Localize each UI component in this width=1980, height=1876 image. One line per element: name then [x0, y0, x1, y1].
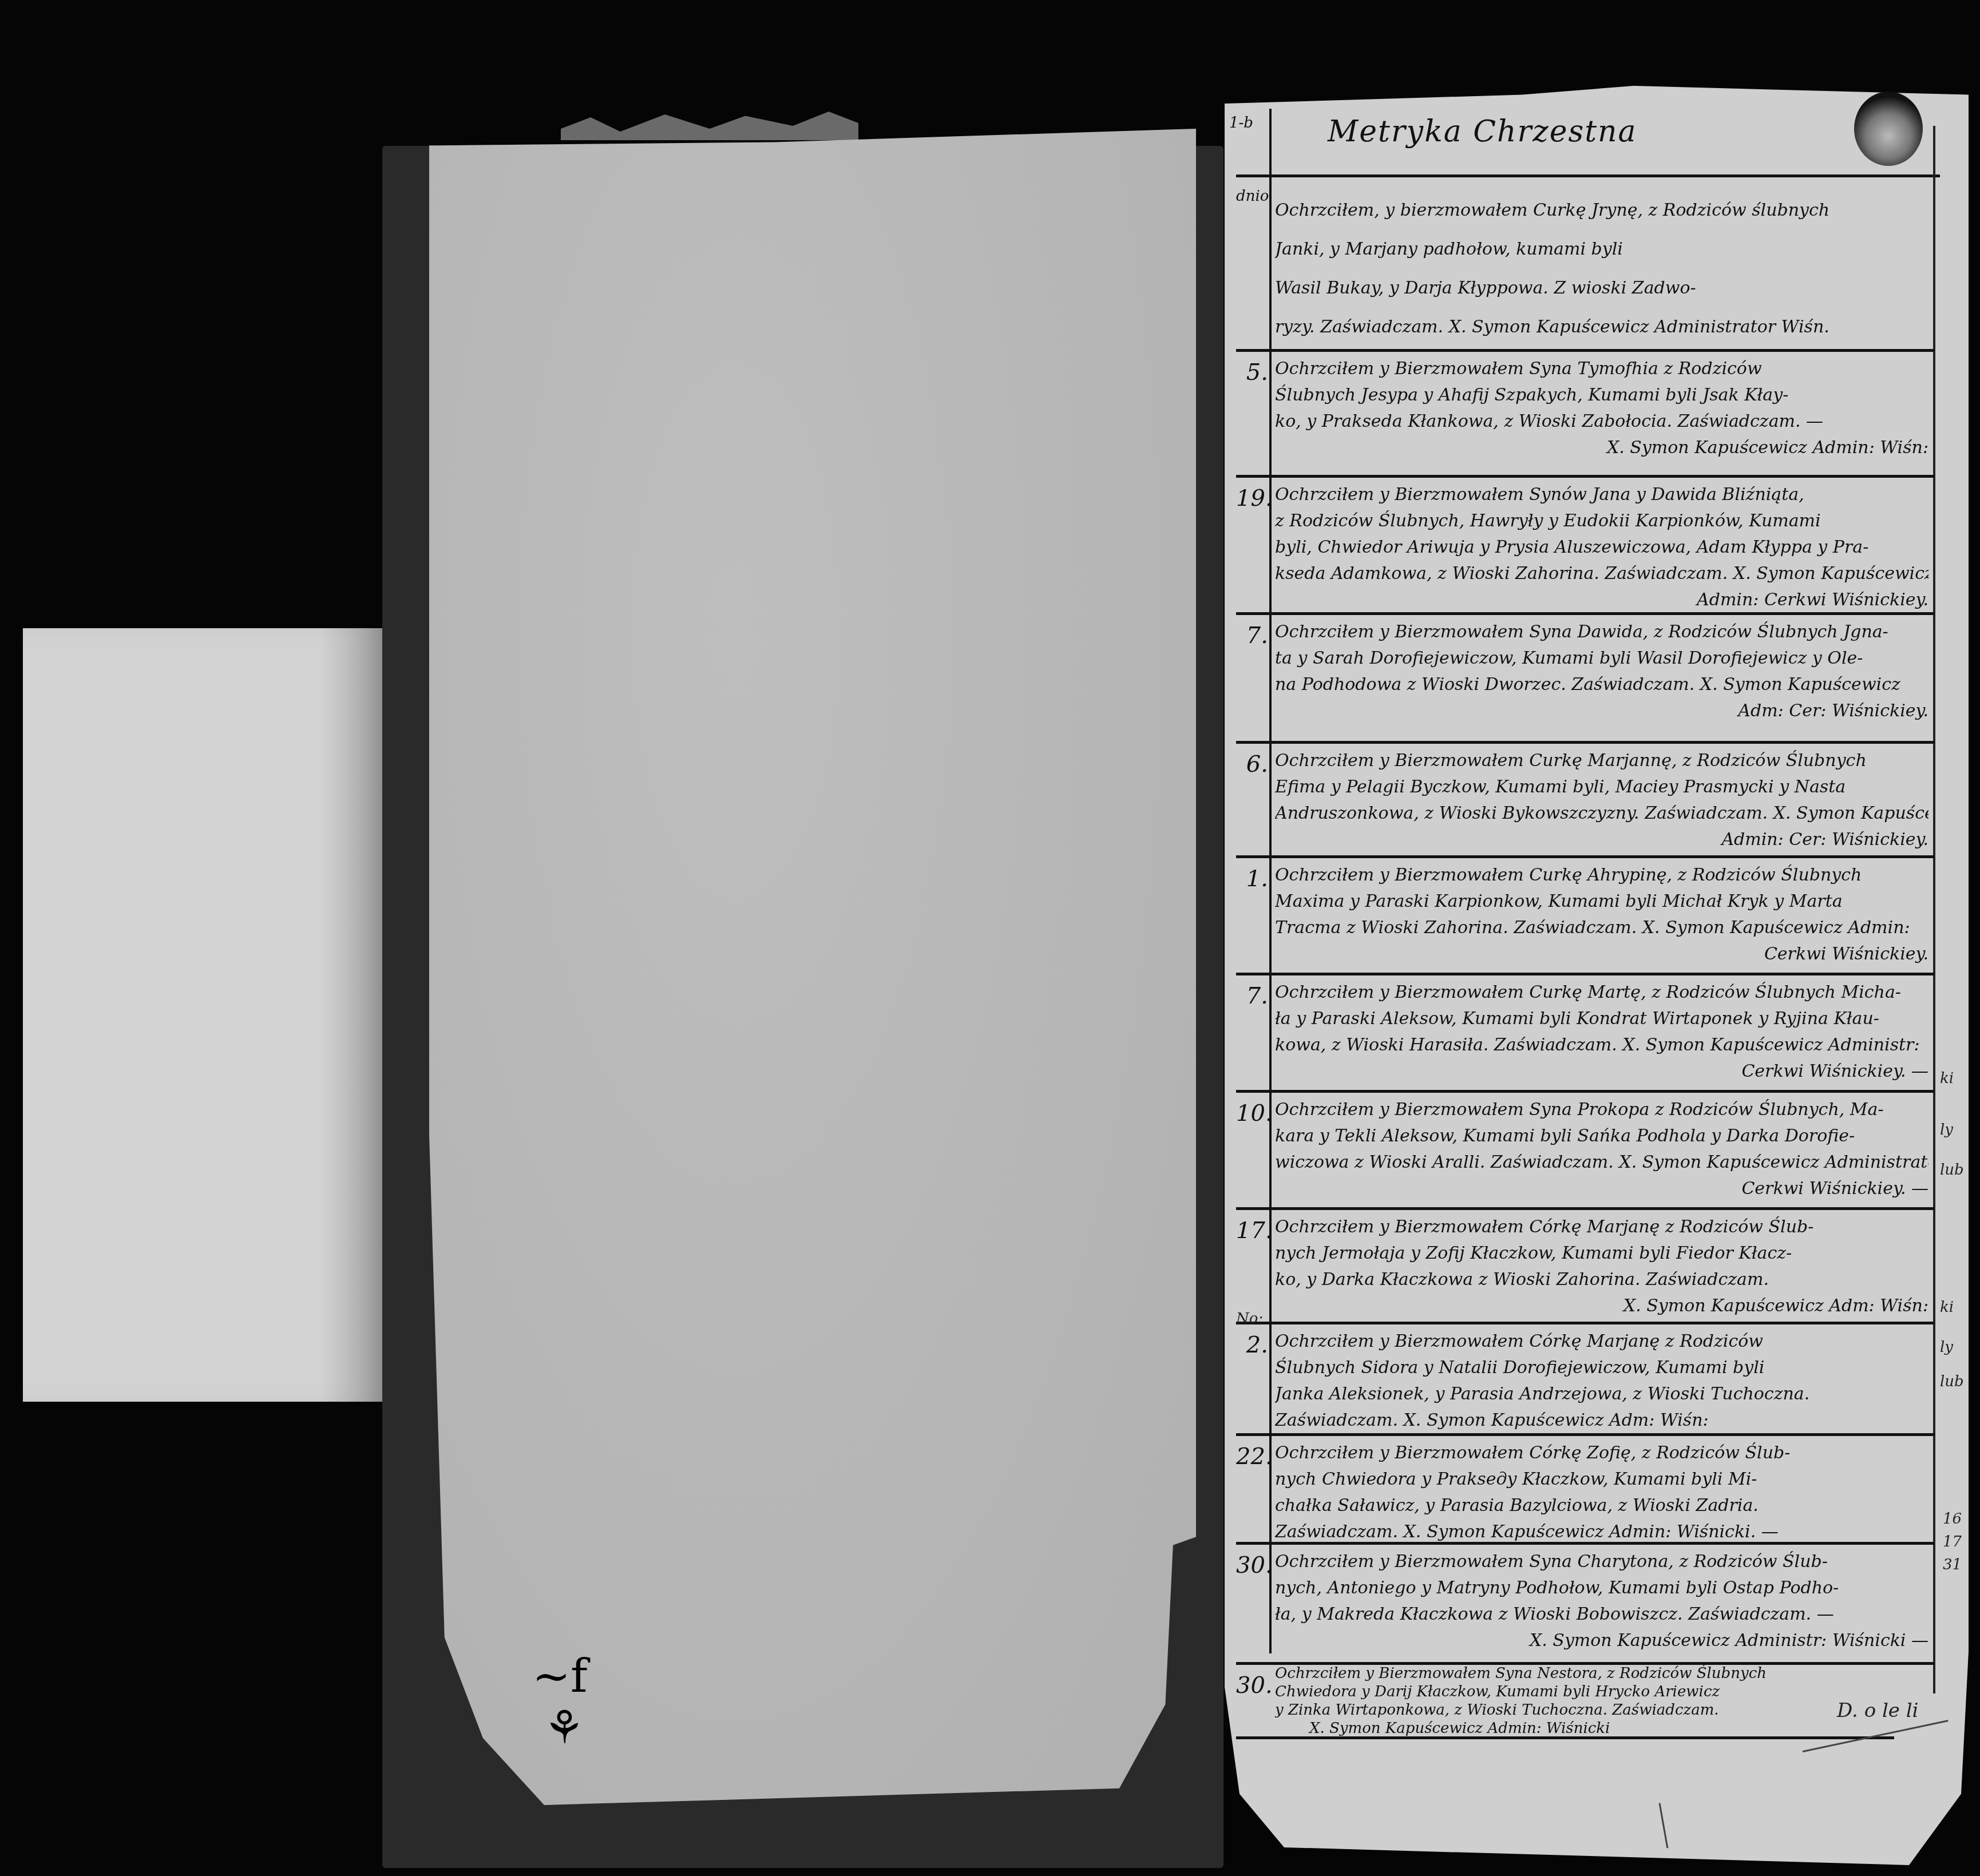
entry-line: nych Jermołaja y Zofij Kłaczkow, Kumami …	[1275, 1240, 1928, 1267]
entry-number: 7.	[1236, 622, 1268, 649]
entry-number: 5.	[1236, 359, 1268, 386]
register-entry: 7. Ochrzciłem y Bierzmowałem Syna Dawida…	[1236, 612, 1934, 744]
entry-line: Ochrzciłem y Bierzmowałem Syna Nestora, …	[1275, 1664, 1888, 1683]
entry-margin-note: dnio	[1236, 188, 1268, 205]
right-margin-note: ki	[1940, 1299, 1954, 1316]
entry-signature: X. Symon Kapuścewicz Admin: Wiśnicki	[1275, 1719, 1888, 1738]
entry-line: kowa, z Wioski Harasiła. Zaświadczam. X.…	[1275, 1032, 1928, 1058]
entry-line: byli, Chwiedor Ariwuja y Prysia Aluszewi…	[1275, 534, 1928, 561]
entry-line: na Podhodowa z Wioski Dworzec. Zaświadcz…	[1275, 672, 1928, 698]
entry-number: 17.	[1236, 1217, 1268, 1244]
entry-line: Ochrzciłem y Bierzmowałem Synów Jana y D…	[1275, 482, 1928, 508]
ink-flourish-mark: ⚘	[544, 1705, 585, 1751]
entry-line: Maxima y Paraski Karpionkow, Kumami byli…	[1275, 889, 1928, 915]
entry-line: Janka Aleksionek, y Parasia Andrzejowa, …	[1275, 1381, 1928, 1407]
register-entry: 30. Ochrzciłem y Bierzmowałem Syna Nesto…	[1236, 1662, 1894, 1739]
register-entry: 5. Ochrzciłem y Bierzmowałem Syna Tymofh…	[1236, 349, 1934, 478]
entry-line: Ochrzciłem y Bierzmowałem Syna Prokopa z…	[1275, 1097, 1928, 1123]
register-entry: 7. Ochrzciłem y Bierzmowałem Curkę Martę…	[1236, 973, 1934, 1093]
entry-signature: Cerkwi Wiśnickiey. —	[1275, 1176, 1928, 1202]
right-margin-note: 31	[1943, 1556, 1962, 1573]
entry-line: Andruszonkowa, z Wioski Bykowszczyzny. Z…	[1275, 800, 1928, 827]
entry-line: ryzy. Zaświadczam. X. Symon Kapuścewicz …	[1275, 308, 1928, 347]
entry-number: 10.	[1236, 1100, 1268, 1127]
entry-number: 7.	[1236, 983, 1268, 1009]
register-entry: 19. Ochrzciłem y Bierzmowałem Synów Jana…	[1236, 475, 1934, 615]
entry-number: 30.	[1236, 1672, 1268, 1699]
register-title: Metryka Chrzestna	[1328, 114, 1637, 149]
entry-line: Chwiedora y Darij Kłaczkow, Kumami byli …	[1275, 1683, 1888, 1701]
right-margin-note: 17	[1943, 1533, 1962, 1550]
entry-line: Ochrzciłem, y bierzmowałem Curkę Jrynę, …	[1275, 191, 1928, 230]
register-entry: 10. Ochrzciłem y Bierzmowałem Syna Proko…	[1236, 1090, 1934, 1210]
entry-line: ko, y Darka Kłaczkowa z Wioski Zahorina.…	[1275, 1267, 1928, 1293]
entry-signature: Admin: Cer: Wiśnickiey.	[1275, 827, 1928, 853]
entry-line: nych Chwiedora y Prakseдy Kłaczkow, Kuma…	[1275, 1466, 1928, 1493]
right-margin-note: ly	[1940, 1339, 1953, 1356]
register-entry: 17. Ochrzciłem y Bierzmowałem Córkę Marj…	[1236, 1207, 1934, 1324]
entry-signature: X. Symon Kapuścewicz Administr: Wiśnicki…	[1275, 1628, 1928, 1654]
entry-line: ła, y Makreda Kłaczkowa z Wioski Bobowis…	[1275, 1601, 1928, 1628]
entry-line: ta y Sarah Dorofiejewiczow, Kumami byli …	[1275, 645, 1928, 672]
register-entry: 2. Ochrzciłem y Bierzmowałem Córkę Marja…	[1236, 1322, 1934, 1436]
entry-line: z Rodziców Ślubnych, Hawryły y Eudokii K…	[1275, 508, 1928, 534]
entry-line: wiczowa z Wioski Aralli. Zaświadczam. X.…	[1275, 1149, 1928, 1176]
right-margin-note: lub	[1940, 1373, 1964, 1390]
entry-line: Ochrzciłem y Bierzmowałem Córkę Zofię, z…	[1275, 1440, 1928, 1466]
entry-line: Ochrzciłem y Bierzmowałem Syna Charytona…	[1275, 1549, 1928, 1575]
entry-number: 2.	[1236, 1332, 1268, 1358]
entry-line: kara y Tekli Aleksow, Kumami byli Sańka …	[1275, 1123, 1928, 1149]
entry-line: Ochrzciłem y Bierzmowałem Córkę Marjanę …	[1275, 1328, 1928, 1355]
entry-margin-note: No:	[1236, 1310, 1263, 1327]
entry-number: 22.	[1236, 1443, 1268, 1470]
entry-line: kseda Adamkowa, z Wioski Zahorina. Zaświ…	[1275, 561, 1928, 587]
right-margin-note: 16	[1943, 1510, 1962, 1528]
ink-blot-mark: ~f	[532, 1653, 588, 1699]
entry-line: Tracma z Wioski Zahorina. Zaświadczam. X…	[1275, 915, 1928, 941]
entry-line: Ochrzciłem y Bierzmowałem Curkę Ahrypinę…	[1275, 862, 1928, 889]
entry-line: Ochrzciłem y Bierzmowałem Syna Tymofhia …	[1275, 356, 1928, 382]
entry-line: Ochrzciłem y Bierzmowałem Curkę Martę, z…	[1275, 979, 1928, 1006]
entry-line: nych, Antoniego y Matryny Podhołow, Kuma…	[1275, 1575, 1928, 1601]
entry-line: y Zinka Wirtaponkowa, z Wioski Tuchoczna…	[1275, 1701, 1888, 1719]
entry-signature: Adm: Cer: Wiśnickiey.	[1275, 698, 1928, 724]
right-margin-note: ki	[1940, 1070, 1954, 1087]
entry-signature: Admin: Cerkwi Wiśnickiey.	[1275, 587, 1928, 613]
entry-number: 1.	[1236, 866, 1268, 892]
entry-number: 6.	[1236, 751, 1268, 778]
entry-line: Ślubnych Sidora y Natalii Dorofiejewiczo…	[1275, 1355, 1928, 1381]
right-margin-note: lub	[1940, 1161, 1964, 1179]
entry-line: Ochrzciłem y Bierzmowałem Córkę Marjanę …	[1275, 1214, 1928, 1240]
entry-line: Efima y Pelagii Byczkow, Kumami byli, Ma…	[1275, 774, 1928, 800]
entry-line: ła y Paraski Aleksow, Kumami byli Kondra…	[1275, 1006, 1928, 1032]
entry-line: Ślubnych Jesypa y Ahafij Szpakych, Kumam…	[1275, 382, 1928, 408]
entry-line: ko, y Prakseda Kłankowa, z Wioski Zaboło…	[1275, 408, 1928, 435]
entry-line: Ochrzciłem y Bierzmowałem Curkę Marjannę…	[1275, 748, 1928, 774]
entry-line: Ochrzciłem y Bierzmowałem Syna Dawida, z…	[1275, 619, 1928, 645]
entry-line: chałka Saławicz, y Parasia Bazylciowa, z…	[1275, 1493, 1928, 1519]
entry-line: Zaświadczam. X. Symon Kapuścewicz Adm: W…	[1275, 1407, 1928, 1434]
left-blank-page	[429, 129, 1196, 1805]
register-entry: 30. Ochrzciłem y Bierzmowałem Syna Chary…	[1236, 1542, 1934, 1665]
entry-signature: Cerkwi Wiśnickiey. —	[1275, 1058, 1928, 1085]
right-margin-note: ly	[1940, 1121, 1953, 1139]
register-entry: 1. Ochrzciłem y Bierzmowałem Curkę Ahryp…	[1236, 855, 1934, 975]
entry-line: Janki, y Marjany padhołow, kumami byli	[1275, 230, 1928, 269]
entry-signature: Cerkwi Wiśnickiey.	[1275, 941, 1928, 967]
entry-signature: X. Symon Kapuścewicz Admin: Wiśn:	[1275, 435, 1928, 461]
entry-number: 19.	[1236, 485, 1268, 511]
entry-line: Wasil Bukay, y Darja Kłyppowa. Z wioski …	[1275, 269, 1928, 308]
entry-number: 30.	[1236, 1552, 1268, 1578]
corner-note: 1-b	[1229, 114, 1253, 132]
register-entry: 22. Ochrzciłem y Bierzmowałem Córkę Zofi…	[1236, 1433, 1934, 1545]
entry-signature: X. Symon Kapuścewicz Adm: Wiśn:	[1275, 1293, 1928, 1319]
register-entry: dnio Ochrzciłem, y bierzmowałem Curkę Jr…	[1236, 177, 1934, 352]
register-entry: 6. Ochrzciłem y Bierzmowałem Curkę Marja…	[1236, 741, 1934, 858]
bottom-right-note: D. o le li	[1837, 1699, 1919, 1722]
